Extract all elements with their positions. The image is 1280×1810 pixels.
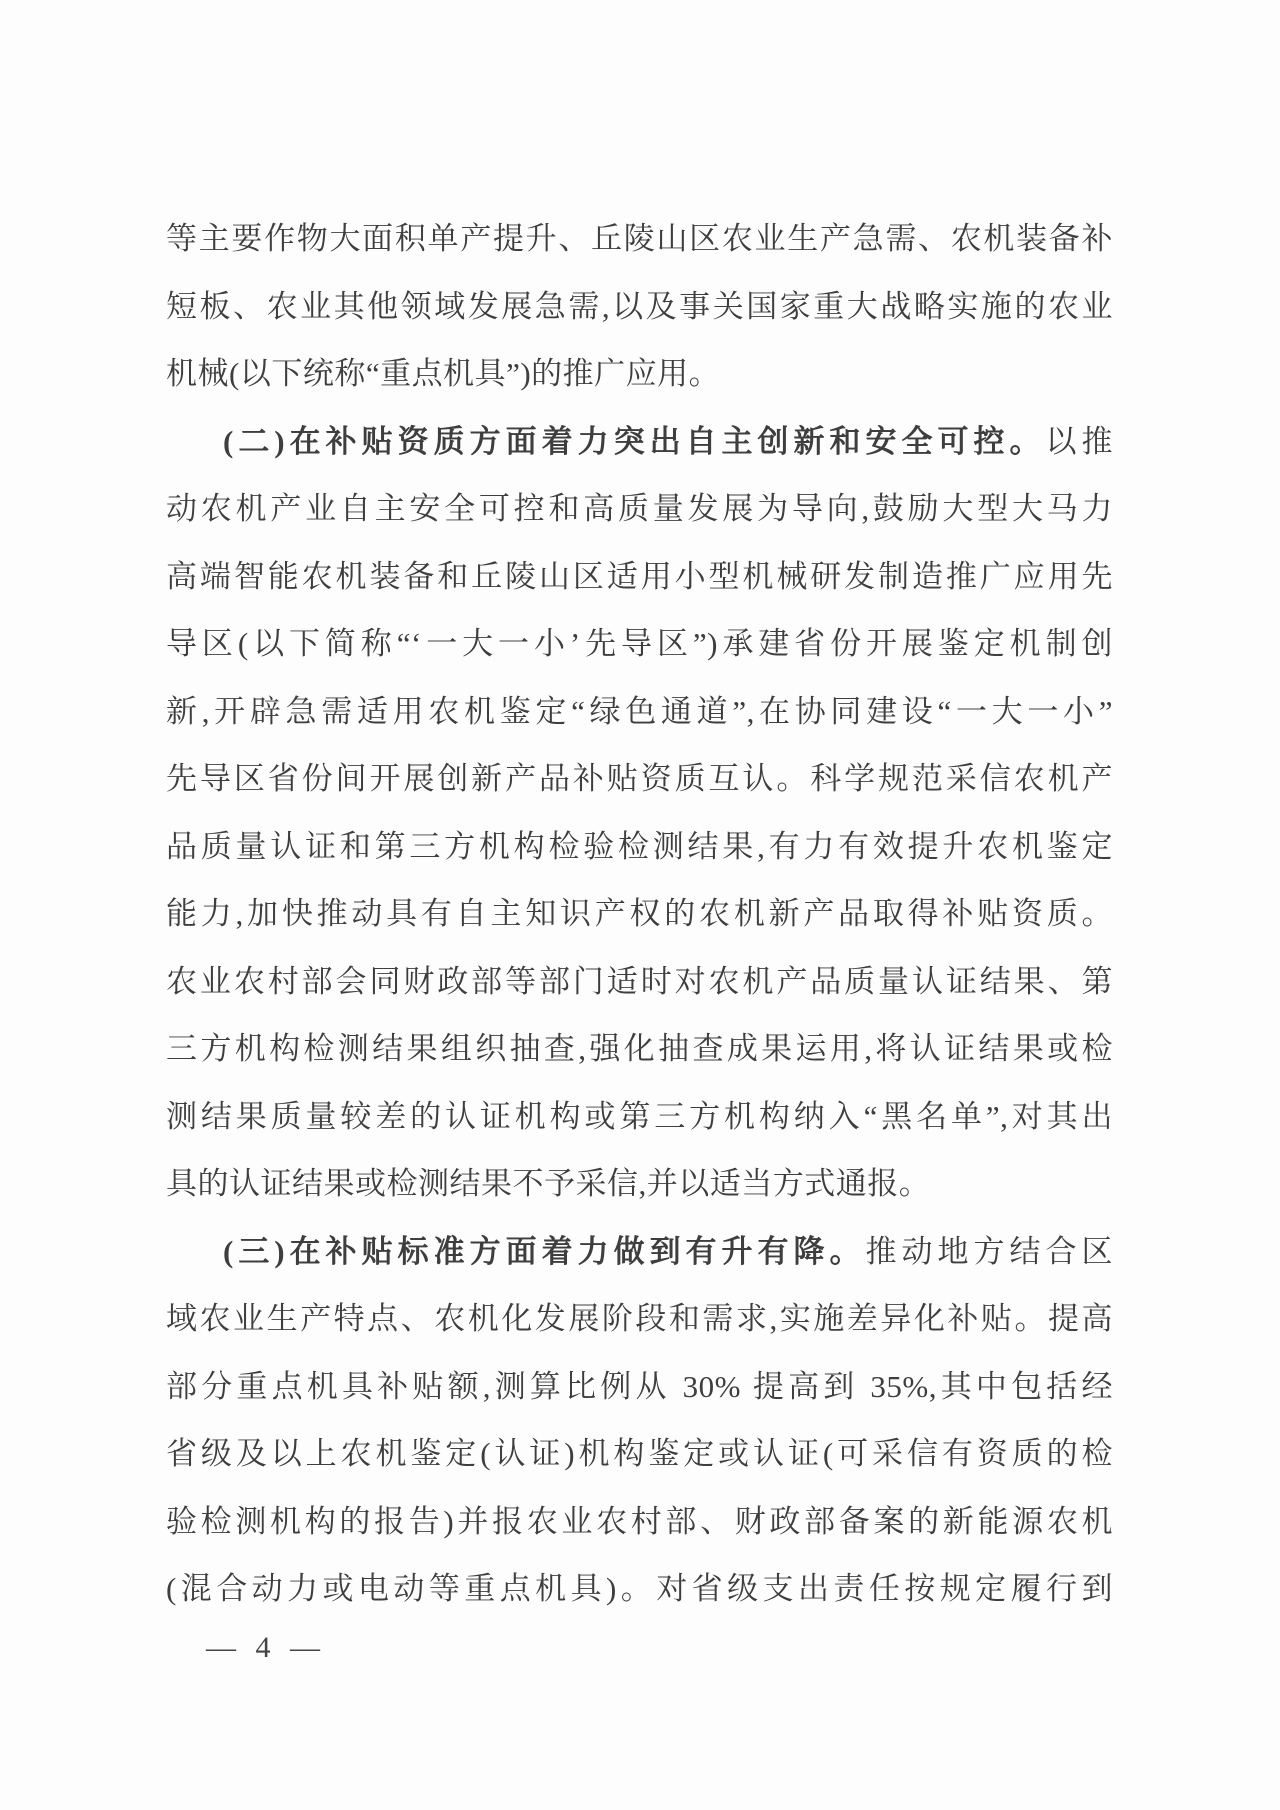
text-line: 三方机构检测结果组织抽查,强化抽查成果运用,将认证结果或检 <box>166 1015 1113 1083</box>
text-line: (混合动力或电动等重点机具)。对省级支出责任按规定履行到 <box>166 1555 1113 1623</box>
paragraph-3-first-line: (三)在补贴标准方面着力做到有升有降。推动地方结合区 <box>166 1218 1113 1286</box>
text-line: 域农业生产特点、农机化发展阶段和需求,实施差异化补贴。提高 <box>166 1285 1113 1353</box>
paragraph-3-text-start: 推动地方结合区 <box>866 1234 1113 1269</box>
document-page: 等主要作物大面积单产提升、丘陵山区农业生产急需、农机装备补 短板、农业其他领域发… <box>0 0 1280 1810</box>
text-line: 省级及以上农机鉴定(认证)机构鉴定或认证(可采信有资质的检 <box>166 1420 1113 1488</box>
text-line: 能力,加快推动具有自主知识产权的农机新产品取得补贴资质。 <box>166 880 1113 948</box>
text-line: 农业农村部会同财政部等部门适时对农机产品质量认证结果、第 <box>166 948 1113 1016</box>
text-line: 短板、农业其他领域发展急需,以及事关国家重大战略实施的农业 <box>166 273 1113 341</box>
text-line: 测结果质量较差的认证机构或第三方机构纳入“黑名单”,对其出 <box>166 1083 1113 1151</box>
text-line-paragraph-end: 具的认证结果或检测结果不予采信,并以适当方式通报。 <box>166 1150 1113 1218</box>
text-line: 验检测机构的报告)并报农业农村部、财政部备案的新能源农机 <box>166 1488 1113 1556</box>
text-line: 先导区省份间开展创新产品补贴资质互认。科学规范采信农机产 <box>166 745 1113 813</box>
text-line: 导区(以下简称“‘一大一小’先导区”)承建省份开展鉴定机制创 <box>166 610 1113 678</box>
text-line: 品质量认证和第三方机构检验检测结果,有力有效提升农机鉴定 <box>166 813 1113 881</box>
text-line: 等主要作物大面积单产提升、丘陵山区农业生产急需、农机装备补 <box>166 205 1113 273</box>
text-line: 新,开辟急需适用农机鉴定“绿色通道”,在协同建设“一大一小” <box>166 678 1113 746</box>
paragraph-3-heading: (三)在补贴标准方面着力做到有升有降。 <box>223 1234 866 1269</box>
text-line: 部分重点机具补贴额,测算比例从 30% 提高到 35%,其中包括经 <box>166 1353 1113 1421</box>
text-line: 动农机产业自主安全可控和高质量发展为导向,鼓励大型大马力 <box>166 475 1113 543</box>
paragraph-2-heading: (二)在补贴资质方面着力突出自主创新和安全可控。 <box>223 424 1046 459</box>
paragraph-2-first-line: (二)在补贴资质方面着力突出自主创新和安全可控。以推 <box>166 408 1113 476</box>
page-number: — 4 — <box>206 1628 326 1668</box>
paragraph-2-text-start: 以推 <box>1046 424 1114 459</box>
text-line-paragraph-end: 机械(以下统称“重点机具”)的推广应用。 <box>166 340 1113 408</box>
text-line: 高端智能农机装备和丘陵山区适用小型机械研发制造推广应用先 <box>166 543 1113 611</box>
document-text-block: 等主要作物大面积单产提升、丘陵山区农业生产急需、农机装备补 短板、农业其他领域发… <box>166 205 1113 1623</box>
